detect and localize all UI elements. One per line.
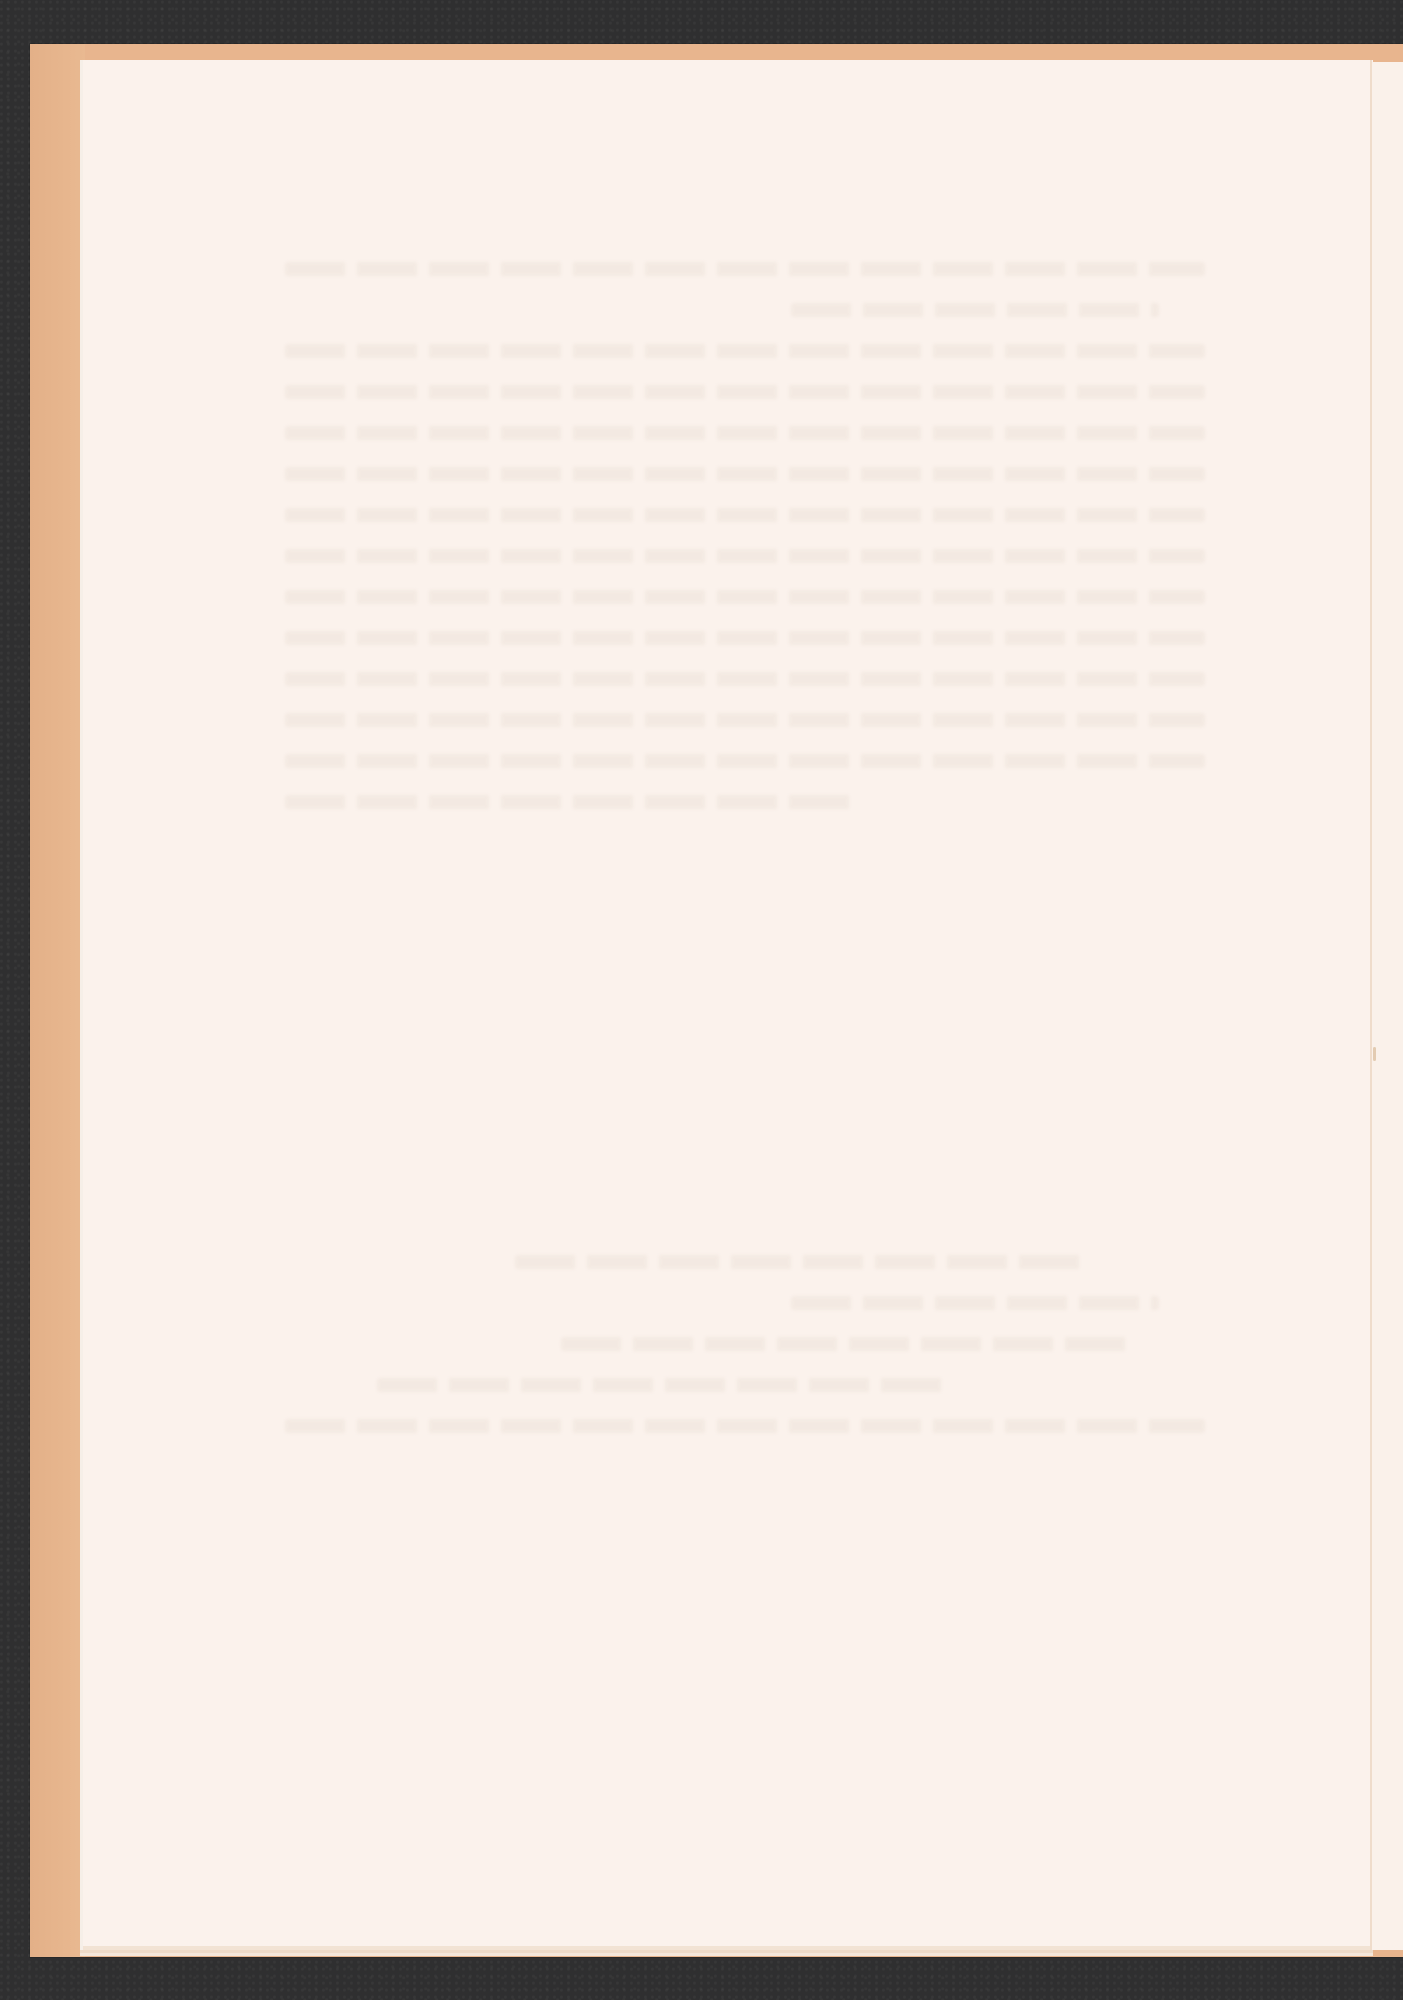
paper-blemish	[1373, 1047, 1376, 1061]
show-through-text-top	[285, 262, 1205, 836]
show-through-text-bottom	[285, 1255, 1205, 1460]
adjacent-page-edge	[1372, 62, 1403, 1950]
